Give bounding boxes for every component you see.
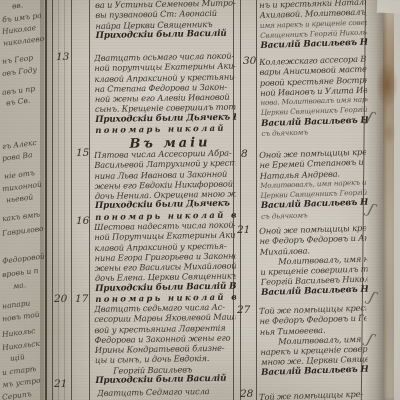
table-rule <box>45 0 47 400</box>
facing-page-text-fragment: Серипъ <box>2 389 33 400</box>
facing-page-text-fragment: ніе отъ <box>4 168 36 181</box>
record-entry-13: Дватцать осьмаго числа покой-ной порутчи… <box>94 51 236 136</box>
record-entry-21-partial: Дватцать Седмаго числа <box>97 386 238 399</box>
entry-number: 20 <box>54 293 67 305</box>
facing-page-text-fragment: рова Ва <box>2 150 33 163</box>
handwritten-line: Василій Васильевъ Никольскій <box>261 364 368 378</box>
entry-number: 30 <box>243 55 256 67</box>
facing-page-text-fragment: тихонной <box>2 180 43 194</box>
handwritten-line: съ дьячкомъ <box>261 126 368 140</box>
table-rule <box>240 0 241 400</box>
record-continuation-left: ва и Устиньи Семеновы Митро-вы пузваново… <box>95 0 237 41</box>
handwritten-line: съ дьячкомъ <box>261 208 368 222</box>
facing-page-text-fragment: Никольс <box>2 326 36 339</box>
top-right-corner <box>377 0 400 13</box>
facing-page-text-fragment: Федоровой <box>2 251 44 265</box>
facing-page-text-fragment: Гавриловой <box>2 223 44 238</box>
record-entry-8: Оной же помѣщицы крестья-не Еремей Степа… <box>259 147 368 222</box>
facing-page-edge: вв.бъ имъ раНиколаениколаевойнъ Георовъ … <box>0 0 44 400</box>
record-continuation-right: нъ и крестьянки НатальиАхилавой. Молитво… <box>259 0 368 51</box>
entry-number: 8 <box>241 148 248 160</box>
table-rule <box>89 0 90 400</box>
handwritten-line: Дватцать Седмаго числа <box>97 386 238 399</box>
record-entry-16: Шестова надесять числа покой-ной Порутчи… <box>94 220 236 305</box>
entry-number: 28 <box>240 388 253 400</box>
handwritten-line: Василій Васильевъ Никольскій <box>260 38 367 52</box>
handwritten-line: Той же помѣщицы кре- <box>259 389 366 400</box>
facing-page-text-fragment: авъ и пр <box>2 84 36 97</box>
facing-page-text-fragment: николаевой <box>3 33 44 48</box>
table-rule <box>71 0 72 400</box>
brown-stain <box>376 62 398 108</box>
facing-page-text-fragment: мъ устро <box>2 376 41 390</box>
facing-page-text-fragment: ма. <box>13 280 27 291</box>
handwritten-line: Приходскіи были Василій <box>95 374 236 387</box>
facing-page-text-fragment: Николае <box>2 23 37 36</box>
facing-page-text-fragment: Никольск <box>2 339 41 353</box>
facing-page-text-fragment: вв. <box>11 0 23 10</box>
manuscript-page: вв.бъ имъ раНиколаениколаевойнъ Георовъ … <box>0 0 400 400</box>
facing-page-text-fragment: и старѣ <box>2 364 37 377</box>
ink-flourish: ʃ <box>367 288 378 306</box>
record-entry-28-partial: Той же помѣщицы кре- <box>259 389 366 400</box>
facing-page-text-fragment: овъ Году <box>2 65 38 78</box>
facing-page-text-fragment: вровь и п <box>2 266 39 279</box>
facing-page-text-fragment: ньевой <box>6 192 34 204</box>
facing-page-text-fragment: щій <box>10 352 26 363</box>
entry-number: 15 <box>76 147 89 159</box>
handwritten-line: пономарь николай <box>95 123 236 136</box>
record-entry-30: Коллежскаго ассесора Вар-вары Анисимовой… <box>259 54 369 140</box>
entry-number: 17 <box>75 293 88 305</box>
facing-page-text-fragment: нъ Геор <box>2 53 34 66</box>
brown-stain-small <box>382 120 396 146</box>
table-rule <box>52 0 53 400</box>
entry-number: 13 <box>56 51 69 63</box>
record-entry-17: Дватцать седьмаго числа Ас-сесорши Марѳы… <box>94 302 236 387</box>
entry-number: 27 <box>237 304 250 316</box>
torn-page-edge <box>383 0 394 400</box>
record-entry-21-right: Оной же помѣщицы крестья-не Федоръ Федор… <box>259 223 368 298</box>
page-edge-stack <box>394 0 400 400</box>
handwritten-line: Василій Васильевъ Никольскій <box>261 284 368 298</box>
record-entry-15: Пятова числа Ассесорши Абра-Васильевой Л… <box>94 148 236 223</box>
facing-page-text-fragment: напари <box>2 298 31 310</box>
facing-page-text-fragment: бъ имъ ра <box>2 11 42 25</box>
record-entry-27: Той же помѣщицы крестья-не Федоръ Федоро… <box>259 303 368 378</box>
facing-page-text-fragment: въ Св. <box>6 96 31 108</box>
entry-number: 16 <box>76 215 89 227</box>
entry-number: 21 <box>237 224 250 236</box>
handwritten-line: Приходскіи были Василій <box>96 28 237 41</box>
entry-number: 21 <box>54 378 67 390</box>
facing-page-text-fragment: какъ вмѣ <box>2 210 41 224</box>
facing-page-text-fragment: новъ той <box>2 310 40 324</box>
